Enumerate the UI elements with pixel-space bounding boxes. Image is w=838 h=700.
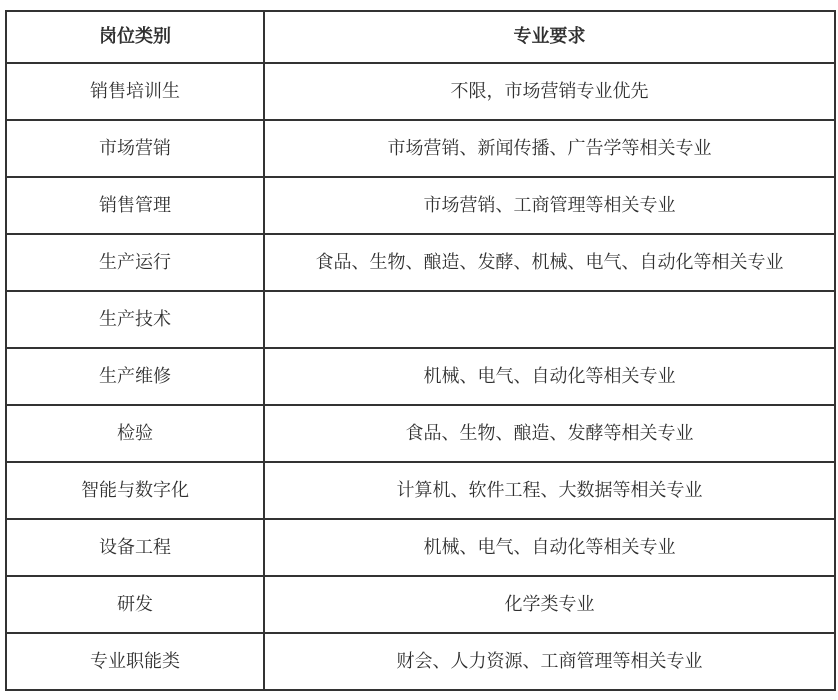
requirement-cell: 食品、生物、酿造、发酵等相关专业 bbox=[264, 405, 835, 462]
header-row: 岗位类别 专业要求 bbox=[6, 11, 835, 63]
table-row: 生产维修 机械、电气、自动化等相关专业 bbox=[6, 348, 835, 405]
category-cell: 市场营销 bbox=[6, 120, 264, 177]
requirement-cell: 化学类专业 bbox=[264, 576, 835, 633]
table-row: 设备工程 机械、电气、自动化等相关专业 bbox=[6, 519, 835, 576]
category-cell: 检验 bbox=[6, 405, 264, 462]
category-cell: 生产技术 bbox=[6, 291, 264, 348]
requirement-cell: 计算机、软件工程、大数据等相关专业 bbox=[264, 462, 835, 519]
table-row: 生产运行 食品、生物、酿造、发酵、机械、电气、自动化等相关专业 bbox=[6, 234, 835, 291]
category-cell: 研发 bbox=[6, 576, 264, 633]
table-row: 市场营销 市场营销、新闻传播、广告学等相关专业 bbox=[6, 120, 835, 177]
requirement-cell: 食品、生物、酿造、发酵、机械、电气、自动化等相关专业 bbox=[264, 234, 835, 291]
requirement-cell: 机械、电气、自动化等相关专业 bbox=[264, 519, 835, 576]
table-row: 专业职能类 财会、人力资源、工商管理等相关专业 bbox=[6, 633, 835, 690]
category-cell: 生产维修 bbox=[6, 348, 264, 405]
table-row: 生产技术 bbox=[6, 291, 835, 348]
column-header-requirement: 专业要求 bbox=[264, 11, 835, 63]
category-cell: 销售管理 bbox=[6, 177, 264, 234]
column-header-category: 岗位类别 bbox=[6, 11, 264, 63]
requirement-cell: 机械、电气、自动化等相关专业 bbox=[264, 348, 835, 405]
table-row: 销售培训生 不限，市场营销专业优先 bbox=[6, 63, 835, 120]
requirement-cell: 不限，市场营销专业优先 bbox=[264, 63, 835, 120]
category-cell: 专业职能类 bbox=[6, 633, 264, 690]
table-row: 检验 食品、生物、酿造、发酵等相关专业 bbox=[6, 405, 835, 462]
category-cell: 销售培训生 bbox=[6, 63, 264, 120]
table-row: 研发 化学类专业 bbox=[6, 576, 835, 633]
category-cell: 智能与数字化 bbox=[6, 462, 264, 519]
requirement-cell: 市场营销、新闻传播、广告学等相关专业 bbox=[264, 120, 835, 177]
job-requirements-table: 岗位类别 专业要求 销售培训生 不限，市场营销专业优先 市场营销 市场营销、新闻… bbox=[5, 10, 836, 691]
table-row: 智能与数字化 计算机、软件工程、大数据等相关专业 bbox=[6, 462, 835, 519]
document-page: 岗位类别 专业要求 销售培训生 不限，市场营销专业优先 市场营销 市场营销、新闻… bbox=[0, 0, 838, 700]
table-row: 销售管理 市场营销、工商管理等相关专业 bbox=[6, 177, 835, 234]
requirement-cell: 市场营销、工商管理等相关专业 bbox=[264, 177, 835, 234]
requirement-cell: 财会、人力资源、工商管理等相关专业 bbox=[264, 633, 835, 690]
category-cell: 设备工程 bbox=[6, 519, 264, 576]
requirement-cell bbox=[264, 291, 835, 348]
category-cell: 生产运行 bbox=[6, 234, 264, 291]
